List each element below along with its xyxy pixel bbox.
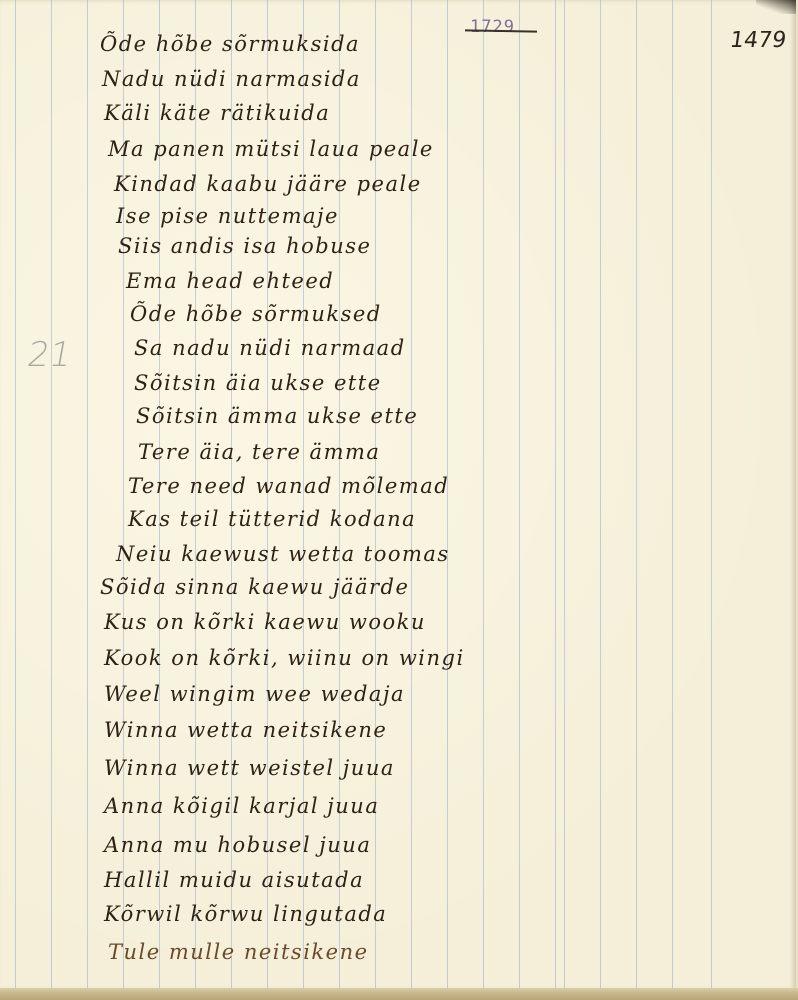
- margin-pencil-note: 21: [24, 335, 74, 375]
- poem-line: Hallil muidu aisutada: [104, 868, 364, 892]
- ruled-line: [600, 0, 601, 990]
- ruled-line: [672, 0, 673, 990]
- crossed-out-stamp-number: 1729: [470, 17, 515, 37]
- poem-line: Siis andis isa hobuse: [118, 234, 371, 258]
- poem-line: Winna wetta neitsikene: [104, 718, 387, 742]
- poem-line: Käli käte rätikuida: [104, 101, 330, 125]
- poem-line: Õde hõbe sõrmuksed: [130, 302, 382, 326]
- poem-line: Sõitsin äia ukse ette: [134, 371, 382, 395]
- poem-line: Tere äia, tere ämma: [138, 440, 380, 464]
- poem-line: Nadu nüdi narmasida: [102, 67, 361, 91]
- poem-line: Ise pise nuttemaje: [116, 204, 339, 228]
- ruled-line: [483, 0, 484, 990]
- poem-line: Neiu kaewust wetta toomas: [116, 542, 450, 566]
- poem-line: Kas teil tütterid kodana: [128, 507, 416, 531]
- poem-line: Tere need wanad mõlemad: [128, 474, 449, 498]
- ruled-line: [555, 0, 556, 990]
- ruled-line: [564, 0, 565, 990]
- poem-line: Kus on kõrki kaewu wooku: [104, 610, 426, 634]
- poem-line: Anna kõigil karjal juua: [104, 794, 379, 818]
- poem-line: Kõrwil kõrwu lingutada: [104, 902, 387, 926]
- poem-line: Anna mu hobusel juua: [104, 833, 371, 857]
- ruled-line: [15, 0, 16, 990]
- poem-line: Kindad kaabu jääre peale: [114, 172, 422, 196]
- poem-line: Winna wett weistel juua: [104, 756, 395, 780]
- poem-line: Õde hõbe sõrmuksida: [100, 32, 360, 56]
- ruled-line: [519, 0, 520, 990]
- poem-line: Sõitsin ämma ukse ette: [136, 404, 418, 428]
- poem-line: Weel wingim wee wedaja: [104, 682, 405, 706]
- ruled-line: [87, 0, 88, 990]
- ruled-line: [711, 0, 712, 990]
- archive-number: 1479: [728, 28, 788, 53]
- page-bottom-edge: [0, 988, 798, 1000]
- poem-line: Kook on kõrki, wiinu on wingi: [104, 646, 465, 670]
- poem-line: Sa nadu nüdi narmaad: [134, 336, 406, 360]
- poem-line: Ma panen mütsi laua peale: [108, 137, 434, 161]
- poem-line: Sõida sinna kaewu jäärde: [100, 575, 409, 599]
- poem-line: Tule mulle neitsikene: [108, 940, 369, 964]
- manuscript-page: 1729 1479 21 Õde hõbe sõrmuksida Nadu nü…: [0, 0, 796, 990]
- ruled-line: [51, 0, 52, 990]
- page-corner-shadow: [756, 0, 796, 14]
- ruled-line: [636, 0, 637, 990]
- poem-line: Ema head ehteed: [126, 269, 334, 293]
